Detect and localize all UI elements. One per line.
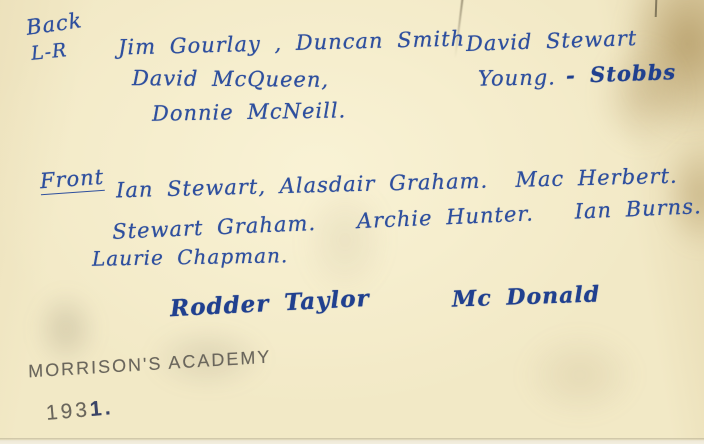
year-last-digit-overwritten: 1. (89, 396, 114, 421)
back-row3-name: Donnie McNeill. (152, 98, 347, 125)
front-row3-name: Laurie Chapman. (92, 243, 289, 270)
school-name: MORRISON'S ACADEMY (28, 347, 272, 383)
back-label: Back (25, 8, 84, 40)
front-row2-names: Stewart Graham. Archie Hunter. Ian Burns… (112, 194, 702, 244)
back-label-lr: L-R (30, 39, 68, 65)
stain-bottom-right (520, 330, 640, 420)
back-row2-name: David McQueen, (132, 66, 329, 92)
front-row1-names: Ian Stewart, Alasdair Graham. Mac Herber… (116, 164, 678, 203)
back-row1-name-right: David Stewart (466, 26, 638, 56)
smudge-center (300, 180, 390, 300)
front-row4-name-taylor: Rodder Taylor (169, 285, 370, 322)
front-label: Front (39, 165, 105, 195)
card-bottom-edge (0, 438, 704, 444)
year-note: 1931. (45, 396, 114, 426)
front-row4-name-mcdonald: Mc Donald (452, 281, 601, 312)
back-row2-name-young: Young. (478, 65, 556, 90)
year-digits: 193 (45, 398, 91, 425)
stain-top-right-inner (596, 40, 686, 150)
photo-back-paper: Back L-R Jim Gourlay , Duncan Smith Davi… (0, 0, 704, 444)
stain-bottom-left (34, 290, 98, 368)
pen-mark-top-right (655, 0, 658, 17)
back-row2-name-stobbs: - Stobbs (566, 59, 677, 88)
back-row1-names: Jim Gourlay , Duncan Smith (118, 26, 466, 59)
